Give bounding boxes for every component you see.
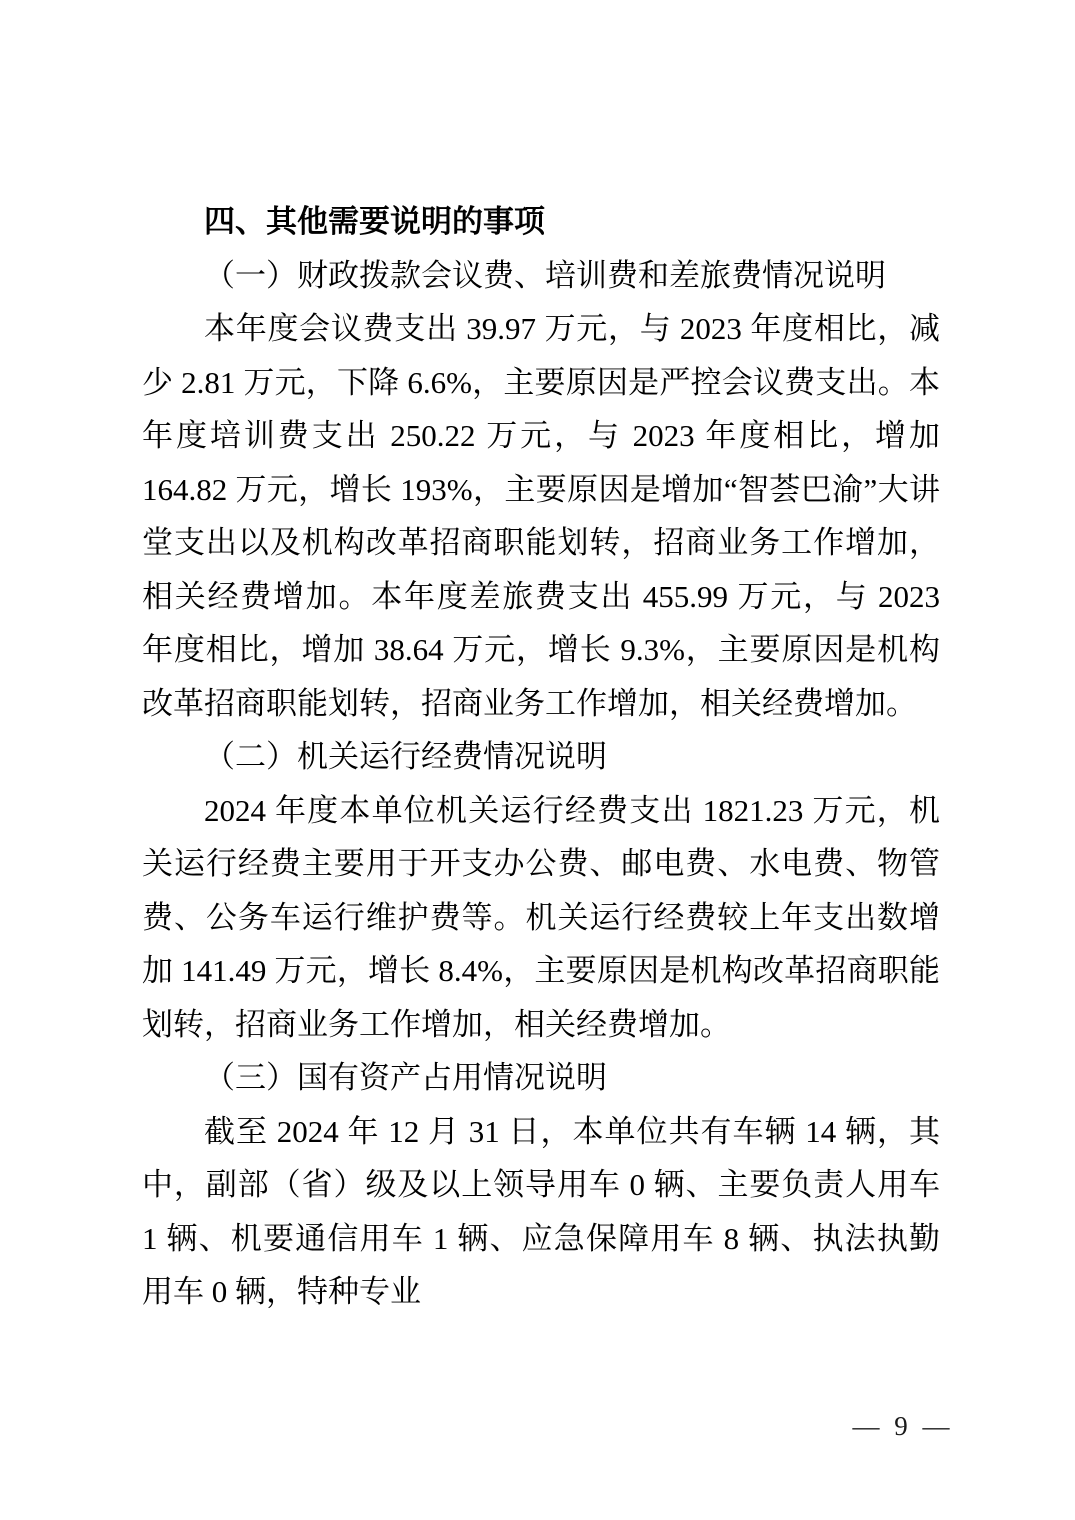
subsection-1-paragraph: 本年度会议费支出 39.97 万元，与 2023 年度相比，减少 2.81 万元… [142, 302, 940, 730]
subsection-1-heading: （一）财政拨款会议费、培训费和差旅费情况说明 [142, 249, 940, 303]
section-heading: 四、其他需要说明的事项 [142, 195, 940, 249]
document-page: 四、其他需要说明的事项 （一）财政拨款会议费、培训费和差旅费情况说明 本年度会议… [0, 0, 1075, 1520]
subsection-2-paragraph: 2024 年度本单位机关运行经费支出 1821.23 万元，机关运行经费主要用于… [142, 784, 940, 1052]
page-number: — 9 — [848, 1410, 958, 1442]
page-content: 四、其他需要说明的事项 （一）财政拨款会议费、培训费和差旅费情况说明 本年度会议… [142, 195, 940, 1319]
subsection-3-paragraph: 截至 2024 年 12 月 31 日，本单位共有车辆 14 辆，其中，副部（省… [142, 1105, 940, 1319]
subsection-2-heading: （二）机关运行经费情况说明 [142, 730, 940, 784]
subsection-3-heading: （三）国有资产占用情况说明 [142, 1051, 940, 1105]
